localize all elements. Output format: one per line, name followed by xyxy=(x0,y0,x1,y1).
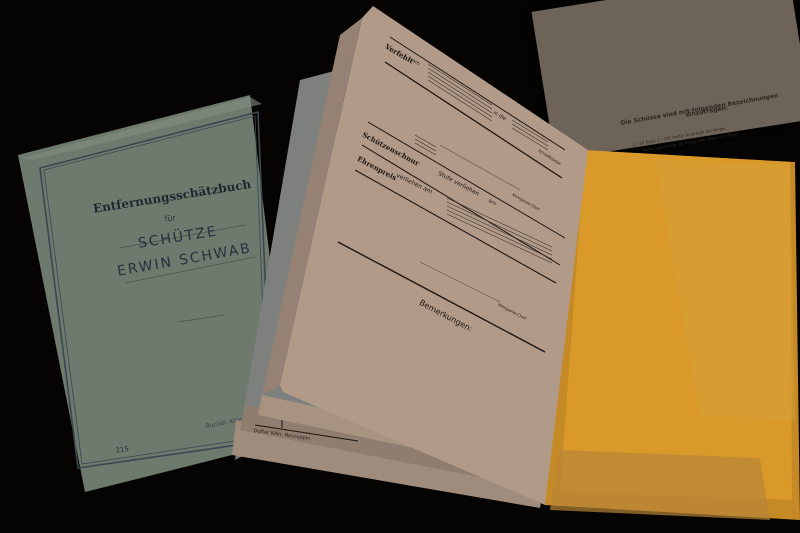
form-page xyxy=(0,0,800,533)
photo-scene: Die Schüsse sind mit folgenden Bezeichnu… xyxy=(0,0,800,533)
